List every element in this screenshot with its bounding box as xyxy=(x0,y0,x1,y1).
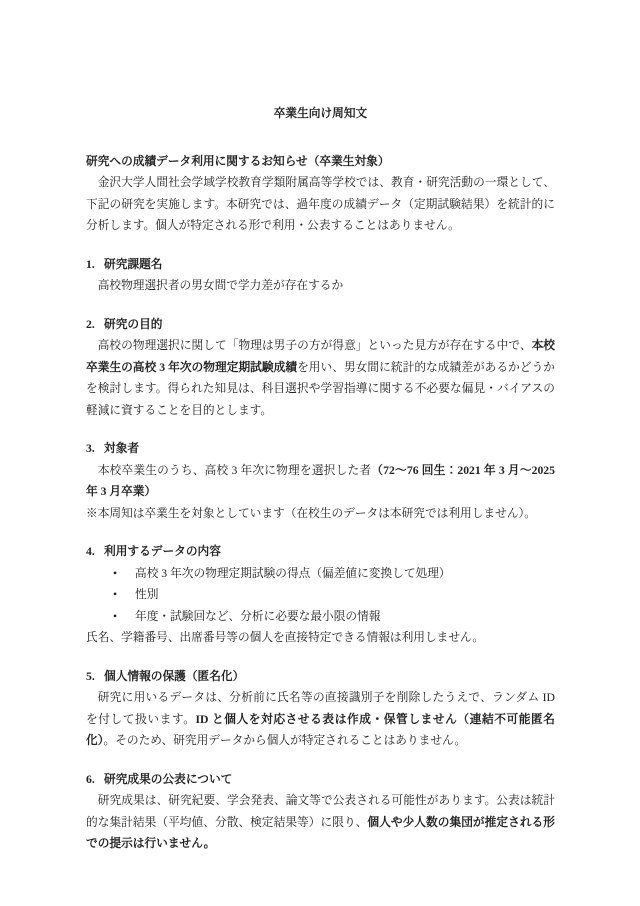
section-publication: 6.研究成果の公表について 研究成果は、研究紀要、学会発表、論文等で公表される可… xyxy=(86,769,555,855)
section-heading: 6.研究成果の公表について xyxy=(86,769,555,791)
bullet-icon: • xyxy=(113,584,117,606)
section-note: ※本周知は卒業生を対象としています（在校生のデータは本研究では利用しません）。 xyxy=(86,503,555,525)
section-title: 対象者 xyxy=(104,442,139,455)
text-run: 。そのため、研究用データから個人が特定されることはありません。 xyxy=(104,734,467,747)
section-body: 研究成果は、研究紀要、学会発表、論文等で公表される可能性があります。公表は統計的… xyxy=(86,790,555,855)
section-title: 研究成果の公表について xyxy=(104,773,232,786)
section-title: 個人情報の保護（匿名化） xyxy=(104,670,244,683)
list-item-text: 年度・試験回など、分析に必要な最小限の情報 xyxy=(135,610,380,623)
section-heading: 4.利用するデータの内容 xyxy=(86,541,555,563)
list-item: •高校 3 年次の物理定期試験の得点（偏差値に変換して処理） xyxy=(86,563,555,585)
section-number: 5. xyxy=(86,666,104,688)
section-privacy: 5.個人情報の保護（匿名化） 研究に用いるデータは、分析前に氏名等の直接識別子を… xyxy=(86,666,555,752)
list-item: •性別 xyxy=(86,584,555,606)
section-heading: 2.研究の目的 xyxy=(86,314,555,336)
section-number: 4. xyxy=(86,541,104,563)
data-items-list: •高校 3 年次の物理定期試験の得点（偏差値に変換して処理） •性別 •年度・試… xyxy=(86,563,555,628)
intro-paragraph: 金沢大学人間社会学域学校教育学類附属高等学校では、教育・研究活動の一環として、下… xyxy=(86,172,555,237)
section-number: 2. xyxy=(86,314,104,336)
text-run: 本校卒業生のうち、高校 3 年次に物理を選択した者 xyxy=(98,464,372,477)
section-number: 3. xyxy=(86,438,104,460)
section-subjects: 3.対象者 本校卒業生のうち、高校 3 年次に物理を選択した者（72～76 回生… xyxy=(86,438,555,524)
section-heading: 3.対象者 xyxy=(86,438,555,460)
document-title: 卒業生向け周知文 xyxy=(86,103,555,125)
section-number: 6. xyxy=(86,769,104,791)
section-heading: 1.研究課題名 xyxy=(86,254,555,276)
document-page: 卒業生向け周知文 研究への成績データ利用に関するお知らせ（卒業生対象） 金沢大学… xyxy=(0,0,640,906)
text-run: 高校の物理選択に関して「物理は男子の方が得意」といった見方が存在する中で、 xyxy=(98,339,532,352)
section-body: 研究に用いるデータは、分析前に氏名等の直接識別子を削除したうえで、ランダム ID… xyxy=(86,687,555,752)
list-item: •年度・試験回など、分析に必要な最小限の情報 xyxy=(86,606,555,628)
list-item-text: 性別 xyxy=(135,588,158,601)
bullet-icon: • xyxy=(113,606,117,628)
section-note: 氏名、学籍番号、出席番号等の個人を直接特定できる情報は利用しません。 xyxy=(86,627,555,649)
notice-subject-heading: 研究への成績データ利用に関するお知らせ（卒業生対象） xyxy=(86,151,555,173)
section-body: 本校卒業生のうち、高校 3 年次に物理を選択した者（72～76 回生：2021 … xyxy=(86,460,555,503)
list-item-text: 高校 3 年次の物理定期試験の得点（偏差値に変換して処理） xyxy=(135,567,451,580)
section-title: 利用するデータの内容 xyxy=(104,545,221,558)
section-research-title: 1.研究課題名 高校物理選択者の男女間で学力差が存在するか xyxy=(86,254,555,297)
section-heading: 5.個人情報の保護（匿名化） xyxy=(86,666,555,688)
section-title: 研究課題名 xyxy=(104,258,162,271)
section-number: 1. xyxy=(86,254,104,276)
section-data-used: 4.利用するデータの内容 •高校 3 年次の物理定期試験の得点（偏差値に変換して… xyxy=(86,541,555,649)
section-body: 高校の物理選択に関して「物理は男子の方が得意」といった見方が存在する中で、本校卒… xyxy=(86,335,555,421)
section-purpose: 2.研究の目的 高校の物理選択に関して「物理は男子の方が得意」といった見方が存在… xyxy=(86,314,555,422)
section-title: 研究の目的 xyxy=(104,318,162,331)
section-body: 高校物理選択者の男女間で学力差が存在するか xyxy=(86,275,555,297)
bullet-icon: • xyxy=(113,563,117,585)
